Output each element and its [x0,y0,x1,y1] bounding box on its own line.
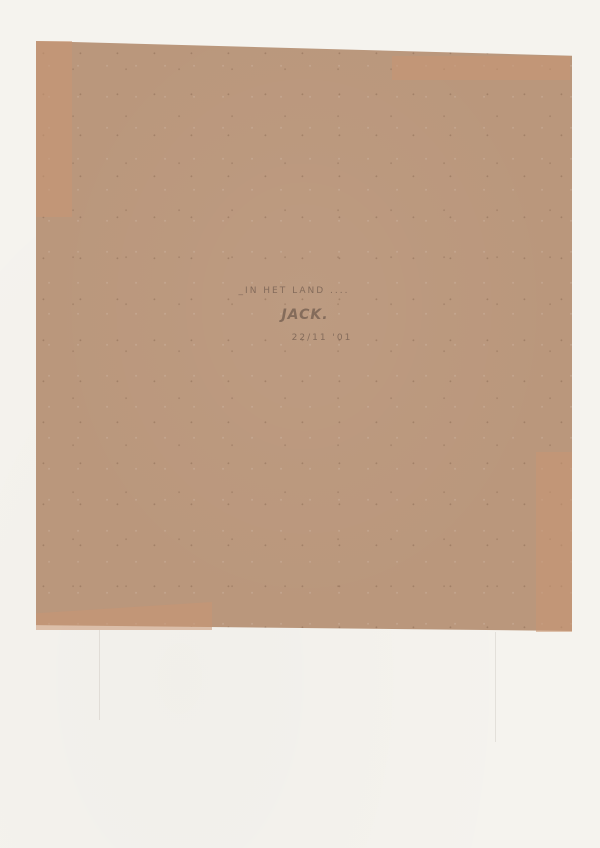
tape-top-right [392,56,570,80]
inscription-date: 22/11 '01 [22,333,600,343]
mount-guide-line [495,632,496,742]
inscription-title: _IN HET LAND .... [0,286,594,296]
tape-top-left [36,41,72,217]
inscription-signature: JACK. [5,307,600,323]
mount-guide-line [99,630,100,720]
tape-bottom-right [536,452,572,632]
